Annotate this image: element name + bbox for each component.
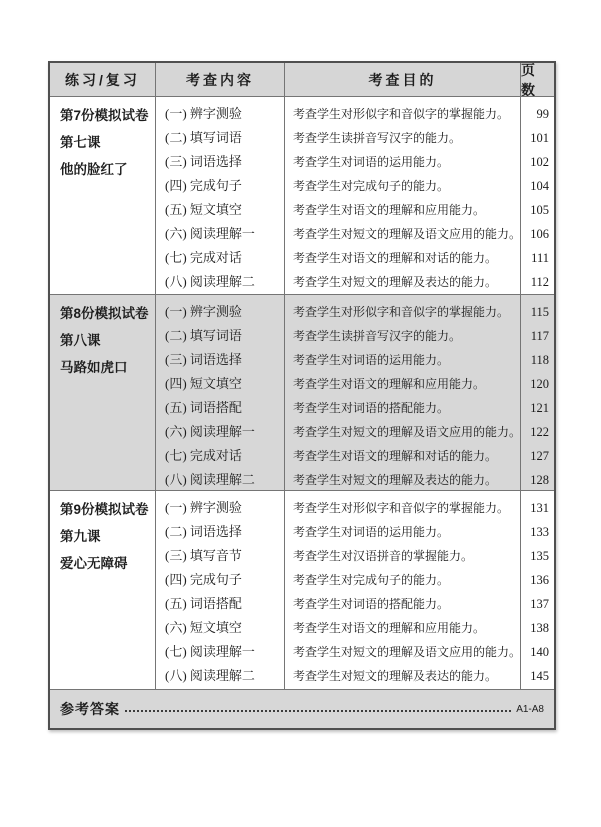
header-page-count: 页数 (521, 63, 554, 96)
purpose-item: 考查学生对短文的理解及语文应用的能力。 (285, 640, 520, 664)
content-item: (一) 辨字测验 (156, 102, 284, 126)
page-number: 120 (521, 372, 554, 396)
page-number: 112 (521, 270, 554, 294)
content-item: (三) 填写音节 (156, 544, 284, 568)
content-cell: (一) 辨字测验 (二) 填写词语 (三) 词语选择 (四) 完成句子 (五) … (156, 97, 285, 294)
content-item: (八) 阅读理解二 (156, 468, 284, 490)
content-cell: (一) 辨字测验 (二) 填写词语 (三) 词语选择 (四) 短文填空 (五) … (156, 295, 285, 490)
purpose-item: 考查学生对形似字和音似字的掌握能力。 (285, 300, 520, 324)
content-item: (一) 辨字测验 (156, 496, 284, 520)
exam-name: 第7份模拟试卷 (60, 102, 153, 129)
purpose-item: 考查学生对语文的理解和应用能力。 (285, 372, 520, 396)
page-number: 122 (521, 420, 554, 444)
purpose-item: 考查学生对短文的理解及语文应用的能力。 (285, 420, 520, 444)
purpose-item: 考查学生对语文的理解和应用能力。 (285, 616, 520, 640)
page-number: 145 (521, 664, 554, 688)
section-exam-7: 第7份模拟试卷 第七课 他的脸红了 (一) 辨字测验 (二) 填写词语 (三) … (50, 97, 554, 295)
page-number: 127 (521, 444, 554, 468)
lesson-number: 第八课 (60, 327, 153, 354)
answers-page-range: A1-A8 (516, 704, 544, 715)
toc-table: 练习/复习 考查内容 考查目的 页数 第7份模拟试卷 第七课 他的脸红了 (一)… (48, 61, 556, 730)
content-item: (二) 填写词语 (156, 126, 284, 150)
purpose-item: 考查学生对语文的理解和对话的能力。 (285, 246, 520, 270)
page-number: 135 (521, 544, 554, 568)
content-item: (一) 辨字测验 (156, 300, 284, 324)
page-number: 106 (521, 222, 554, 246)
page-number: 137 (521, 592, 554, 616)
content-item: (六) 阅读理解一 (156, 222, 284, 246)
page-number: 136 (521, 568, 554, 592)
content-item: (二) 词语选择 (156, 520, 284, 544)
page-number: 104 (521, 174, 554, 198)
page-number: 105 (521, 198, 554, 222)
dotted-leader (125, 710, 511, 712)
purpose-item: 考查学生对短文的理解及表达的能力。 (285, 664, 520, 688)
lesson-title: 爱心无障碍 (60, 550, 153, 577)
content-item: (五) 短文填空 (156, 198, 284, 222)
page-number: 121 (521, 396, 554, 420)
purpose-item: 考查学生对短文的理解及表达的能力。 (285, 468, 520, 490)
page-number: 99 (521, 102, 554, 126)
header-exam-purpose: 考查目的 (285, 63, 521, 96)
content-item: (三) 词语选择 (156, 150, 284, 174)
purpose-item: 考查学生对短文的理解及表达的能力。 (285, 270, 520, 294)
lesson-title: 他的脸红了 (60, 156, 153, 183)
page-number: 117 (521, 324, 554, 348)
page-number: 140 (521, 640, 554, 664)
purpose-item: 考查学生对短文的理解及语文应用的能力。 (285, 222, 520, 246)
answers-row: 参考答案 A1-A8 (50, 690, 554, 728)
purpose-cell: 考查学生对形似字和音似字的掌握能力。 考查学生对词语的运用能力。 考查学生对汉语… (285, 491, 521, 689)
content-item: (四) 完成句子 (156, 568, 284, 592)
page-number: 138 (521, 616, 554, 640)
purpose-item: 考查学生对词语的运用能力。 (285, 348, 520, 372)
content-item: (六) 短文填空 (156, 616, 284, 640)
content-item: (四) 短文填空 (156, 372, 284, 396)
content-item: (八) 阅读理解二 (156, 664, 284, 688)
purpose-item: 考查学生读拼音写汉字的能力。 (285, 324, 520, 348)
exam-title-cell: 第9份模拟试卷 第九课 爱心无障碍 (50, 491, 156, 689)
purpose-item: 考查学生对完成句子的能力。 (285, 174, 520, 198)
exam-title-cell: 第8份模拟试卷 第八课 马路如虎口 (50, 295, 156, 490)
header-practice-review: 练习/复习 (50, 63, 156, 96)
page-number-cell: 131 133 135 136 137 138 140 145 (521, 491, 554, 689)
answers-label: 参考答案 (60, 699, 120, 719)
lesson-number: 第九课 (60, 523, 153, 550)
content-item: (五) 词语搭配 (156, 592, 284, 616)
content-item: (四) 完成句子 (156, 174, 284, 198)
header-exam-content: 考查内容 (156, 63, 285, 96)
purpose-item: 考查学生对完成句子的能力。 (285, 568, 520, 592)
page-number: 128 (521, 468, 554, 490)
content-item: (六) 阅读理解一 (156, 420, 284, 444)
page-number: 111 (521, 246, 554, 270)
content-item: (七) 完成对话 (156, 444, 284, 468)
page-number-cell: 115 117 118 120 121 122 127 128 (521, 295, 554, 490)
content-item: (五) 词语搭配 (156, 396, 284, 420)
page-number: 102 (521, 150, 554, 174)
content-item: (二) 填写词语 (156, 324, 284, 348)
content-item: (三) 词语选择 (156, 348, 284, 372)
exam-name: 第9份模拟试卷 (60, 496, 153, 523)
page-number: 133 (521, 520, 554, 544)
page-number: 101 (521, 126, 554, 150)
purpose-item: 考查学生对形似字和音似字的掌握能力。 (285, 496, 520, 520)
content-item: (七) 完成对话 (156, 246, 284, 270)
purpose-item: 考查学生对形似字和音似字的掌握能力。 (285, 102, 520, 126)
exam-name: 第8份模拟试卷 (60, 300, 153, 327)
purpose-item: 考查学生对词语的运用能力。 (285, 520, 520, 544)
purpose-cell: 考查学生对形似字和音似字的掌握能力。 考查学生读拼音写汉字的能力。 考查学生对词… (285, 295, 521, 490)
purpose-cell: 考查学生对形似字和音似字的掌握能力。 考查学生读拼音写汉字的能力。 考查学生对词… (285, 97, 521, 294)
purpose-item: 考查学生对词语的搭配能力。 (285, 592, 520, 616)
lesson-title: 马路如虎口 (60, 354, 153, 381)
purpose-item: 考查学生对语文的理解和应用能力。 (285, 198, 520, 222)
lesson-number: 第七课 (60, 129, 153, 156)
book-page: 练习/复习 考查内容 考查目的 页数 第7份模拟试卷 第七课 他的脸红了 (一)… (0, 0, 601, 827)
page-number: 131 (521, 496, 554, 520)
page-number-cell: 99 101 102 104 105 106 111 112 (521, 97, 554, 294)
purpose-item: 考查学生对词语的搭配能力。 (285, 396, 520, 420)
purpose-item: 考查学生读拼音写汉字的能力。 (285, 126, 520, 150)
purpose-item: 考查学生对汉语拼音的掌握能力。 (285, 544, 520, 568)
content-item: (七) 阅读理解一 (156, 640, 284, 664)
purpose-item: 考查学生对语文的理解和对话的能力。 (285, 444, 520, 468)
purpose-item: 考查学生对词语的运用能力。 (285, 150, 520, 174)
table-header-row: 练习/复习 考查内容 考查目的 页数 (50, 63, 554, 97)
page-number: 115 (521, 300, 554, 324)
content-cell: (一) 辨字测验 (二) 词语选择 (三) 填写音节 (四) 完成句子 (五) … (156, 491, 285, 689)
content-item: (八) 阅读理解二 (156, 270, 284, 294)
exam-title-cell: 第7份模拟试卷 第七课 他的脸红了 (50, 97, 156, 294)
page-number: 118 (521, 348, 554, 372)
section-exam-9: 第9份模拟试卷 第九课 爱心无障碍 (一) 辨字测验 (二) 词语选择 (三) … (50, 491, 554, 690)
section-exam-8: 第8份模拟试卷 第八课 马路如虎口 (一) 辨字测验 (二) 填写词语 (三) … (50, 295, 554, 491)
